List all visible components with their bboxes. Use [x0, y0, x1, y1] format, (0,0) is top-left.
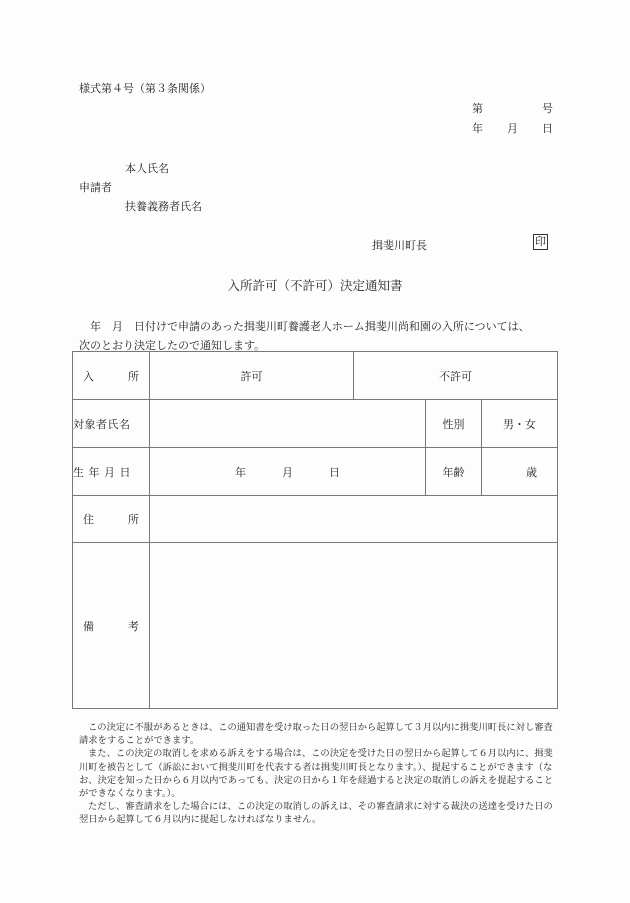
notice-paragraph: この決定に不服があるときは、この通知書を受け取った日の翌日から起算して３月以内に…: [79, 721, 559, 747]
remarks-field[interactable]: [150, 543, 558, 709]
age-value[interactable]: 歳: [482, 448, 558, 496]
notice-paragraph: ただし、審査請求をした場合には、この決定の取消しの訴えは、その審査請求に対する裁…: [79, 800, 559, 826]
issuer-title: 揖斐川町長: [372, 237, 427, 253]
address-field[interactable]: [150, 496, 558, 543]
label-char: 所: [128, 511, 139, 527]
admission-label-cell: 入 所: [73, 352, 150, 400]
subject-name-label: 対象者氏名: [73, 400, 150, 448]
form-number: 様式第４号（第３条関係）: [79, 80, 211, 96]
label-char: 所: [128, 368, 139, 384]
applicant-label: 申請者: [79, 179, 112, 195]
decision-table: 入 所 許可 不許可 対象者氏名 性別 男・女 生 年 月 日 年月日 年齢 歳…: [72, 351, 558, 709]
table-row-name: 対象者氏名 性別 男・女: [73, 400, 558, 448]
number-prefix: 第: [472, 100, 483, 116]
permit-cell[interactable]: 許可: [150, 352, 354, 400]
remarks-label-cell: 備 考: [73, 543, 150, 709]
address-label-cell: 住 所: [73, 496, 150, 543]
table-row-dob: 生 年 月 日 年月日 年齢 歳: [73, 448, 558, 496]
dob-year: 年: [235, 464, 246, 480]
subject-name-field[interactable]: [150, 400, 426, 448]
dob-label: 生 年 月 日: [73, 448, 150, 496]
table-row-admission: 入 所 許可 不許可: [73, 352, 558, 400]
appeal-notice: この決定に不服があるときは、この通知書を受け取った日の翌日から起算して３月以内に…: [79, 721, 559, 827]
label-char: 備: [83, 618, 94, 634]
date-day: 日: [542, 120, 553, 136]
sex-label: 性別: [426, 400, 482, 448]
intro-line-1: 年 月 日付けで申請のあった揖斐川町養護老人ホーム揖斐川尚和園の入所については、: [79, 317, 559, 336]
seal-mark: 印: [533, 234, 548, 250]
guardian-name-label: 扶養義務者氏名: [125, 198, 202, 214]
dob-field[interactable]: 年月日: [150, 448, 426, 496]
number-suffix: 号: [542, 100, 553, 116]
deny-cell[interactable]: 不許可: [354, 352, 558, 400]
dob-month: 月: [282, 464, 293, 480]
table-row-remarks: 備 考: [73, 543, 558, 709]
age-label: 年齢: [426, 448, 482, 496]
intro-text: 年 月 日付けで申請のあった揖斐川町養護老人ホーム揖斐川尚和園の入所については、…: [79, 317, 559, 355]
label-char: 入: [83, 368, 94, 384]
table-row-address: 住 所: [73, 496, 558, 543]
date-month: 月: [507, 120, 518, 136]
label-char: 考: [128, 618, 139, 634]
label-char: 住: [83, 511, 94, 527]
dob-day: 日: [329, 464, 340, 480]
page-title: 入所許可（不許可）決定通知書: [0, 276, 630, 294]
date-year: 年: [472, 120, 483, 136]
applicant-self-name-label: 本人氏名: [125, 160, 169, 176]
sex-value[interactable]: 男・女: [482, 400, 558, 448]
notice-paragraph: また、この決定の取消しを求める訴えをする場合は、この決定を受けた日の翌日から起算…: [79, 747, 559, 800]
